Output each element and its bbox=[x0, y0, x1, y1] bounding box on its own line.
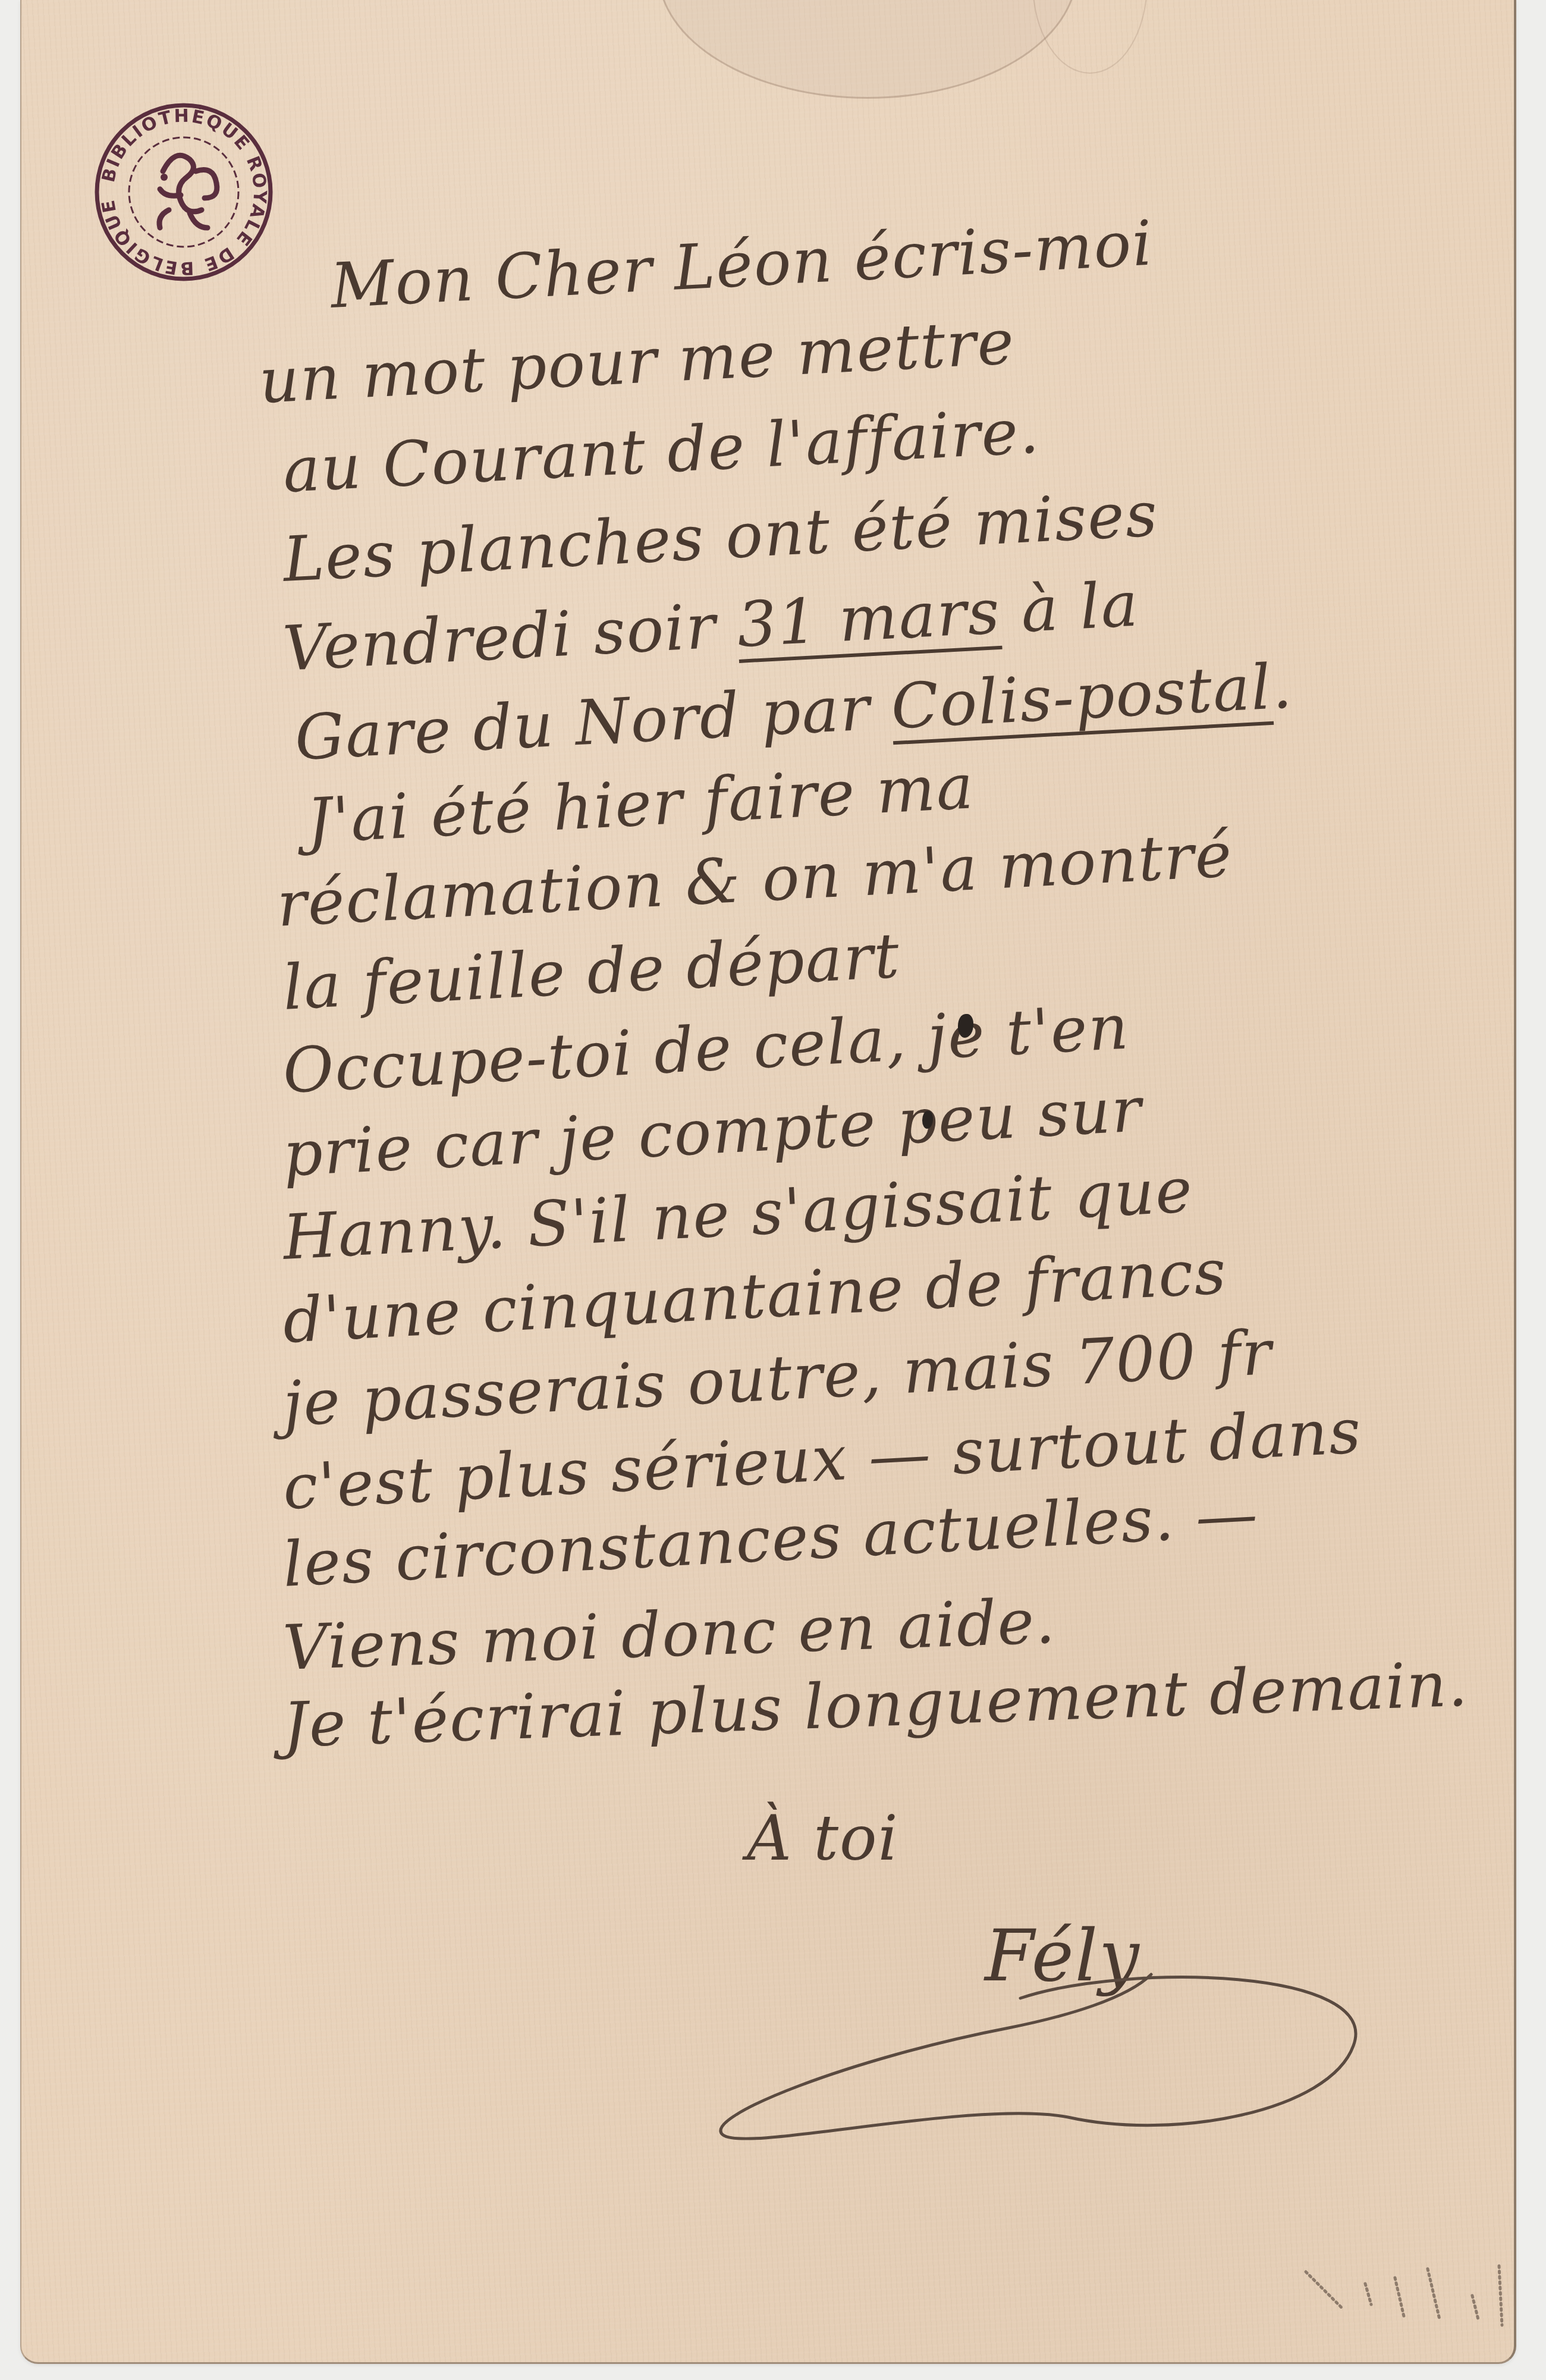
letter-text: . bbox=[1270, 649, 1294, 723]
water-stain bbox=[1032, 0, 1148, 74]
water-stain bbox=[658, 0, 1077, 99]
lion-rampant-stamp-icon: BIBLIOTHÈQUE ROYALE DE BELGIQUE bbox=[92, 100, 276, 284]
underlined-date: 31 mars bbox=[736, 575, 1003, 661]
closing: À toi bbox=[747, 1802, 899, 1875]
letter-text: à la bbox=[998, 568, 1140, 648]
letter-line: un mot pour me mettre bbox=[257, 305, 1017, 417]
library-stamp: BIBLIOTHÈQUE ROYALE DE BELGIQUE bbox=[92, 100, 276, 284]
letter-line: Mon Cher Léon écris-moi bbox=[329, 207, 1155, 322]
faded-marks-icon bbox=[1300, 2260, 1514, 2331]
underlined-shipping: Colis-postal bbox=[890, 651, 1274, 743]
signature: Fély bbox=[985, 1915, 1140, 1998]
letter-card: BIBLIOTHÈQUE ROYALE DE BELGIQUE Mon Cher… bbox=[20, 0, 1516, 2364]
letter-text: Vendredi soir bbox=[281, 589, 739, 685]
